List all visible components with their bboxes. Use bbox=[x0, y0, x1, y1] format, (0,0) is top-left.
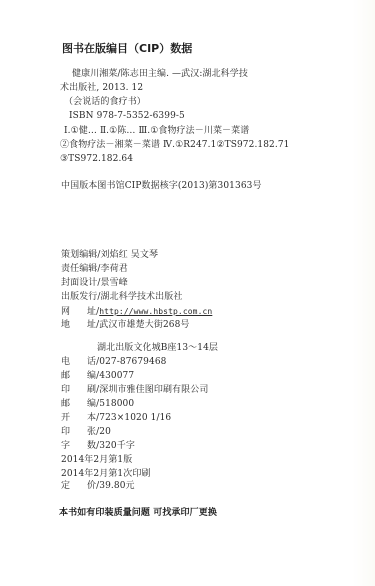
cip-entry-line2: 术出版社, 2013. 12 bbox=[60, 83, 143, 94]
address-value: 武汉市雄楚大街268号 bbox=[99, 320, 189, 330]
classification-line2: ②食物疗法－湘菜－菜谱 Ⅳ.①R247.1②TS972.182.71 bbox=[60, 140, 290, 151]
credit-cover-design: 封面设计/景雪峰 bbox=[61, 278, 128, 289]
cip-record-number: 中国版本图书馆CIP数据核字(2013)第301363号 bbox=[61, 181, 262, 192]
phone-row: 电话/027-87679468 bbox=[61, 357, 166, 368]
series-name: （会说话的食疗书） bbox=[64, 97, 146, 108]
printer-postcode-row: 邮编/518000 bbox=[61, 399, 134, 410]
postcode-row: 邮编/430077 bbox=[61, 371, 134, 382]
credit-publisher: 出版发行/湖北科学技术出版社 bbox=[61, 292, 182, 303]
printing-info: 2014年2月第1次印刷 bbox=[61, 469, 151, 480]
address-row: 地址/武汉市雄楚大街268号 bbox=[61, 320, 190, 331]
wordcount-row: 字数/320千字 bbox=[61, 441, 135, 452]
credit-label: 责任编辑 bbox=[61, 264, 97, 274]
credit-value: 湖北科学技术出版社 bbox=[101, 292, 183, 302]
quality-notice: 本书如有印装质量问题 可找承印厂更换 bbox=[59, 508, 217, 519]
edition-info: 2014年2月第1版 bbox=[61, 455, 132, 466]
sheets-value: 20 bbox=[99, 427, 111, 437]
website-row: 网址/http://www.hbstp.com.cn bbox=[61, 306, 212, 318]
credit-responsible-editor: 责任编辑/李荷君 bbox=[61, 264, 128, 275]
website-link[interactable]: http://www.hbstp.com.cn bbox=[99, 307, 212, 316]
postcode-value: 518000 bbox=[99, 399, 134, 409]
isbn: ISBN 978-7-5352-6399-5 bbox=[69, 111, 185, 122]
sheets-row: 印张/20 bbox=[61, 427, 111, 438]
wordcount-value: 320千字 bbox=[99, 441, 135, 451]
classification-line3: ③TS972.182.64 bbox=[60, 154, 133, 165]
credit-label: 出版发行 bbox=[61, 292, 97, 302]
credit-planning-editor: 策划编辑/刘焰红 吴文琴 bbox=[61, 250, 158, 261]
cip-entry-line1: 健康川湘菜/陈志田主编. —武汉:湖北科学技 bbox=[72, 69, 248, 80]
phone-value: 027-87679468 bbox=[99, 357, 166, 367]
printer-value: 深圳市雅佳图印刷有限公司 bbox=[99, 385, 208, 395]
cip-copyright-page: 图书在版编目（CIP）数据 健康川湘菜/陈志田主编. —武汉:湖北科学技 术出版… bbox=[0, 0, 375, 586]
address-continuation: 湖北出版文化城B座13～14层 bbox=[97, 343, 218, 354]
credit-value: 李荷君 bbox=[101, 264, 128, 274]
credit-value: 景雪峰 bbox=[101, 278, 128, 288]
credit-value: 刘焰红 吴文琴 bbox=[101, 250, 159, 260]
price-row: 定价/39.80元 bbox=[61, 481, 135, 492]
price-value: 39.80元 bbox=[99, 481, 134, 491]
format-value: 723×1020 1/16 bbox=[99, 413, 171, 423]
format-row: 开本/723×1020 1/16 bbox=[61, 413, 171, 424]
credit-label: 封面设计 bbox=[61, 278, 97, 288]
printer-row: 印刷/深圳市雅佳图印刷有限公司 bbox=[61, 385, 208, 396]
credit-label: 策划编辑 bbox=[61, 250, 97, 260]
page-title: 图书在版编目（CIP）数据 bbox=[62, 40, 192, 56]
postcode-value: 430077 bbox=[99, 371, 134, 381]
classification-line1: Ⅰ.①健… Ⅱ.①陈… Ⅲ.①食物疗法－川菜－菜谱 bbox=[64, 126, 249, 137]
